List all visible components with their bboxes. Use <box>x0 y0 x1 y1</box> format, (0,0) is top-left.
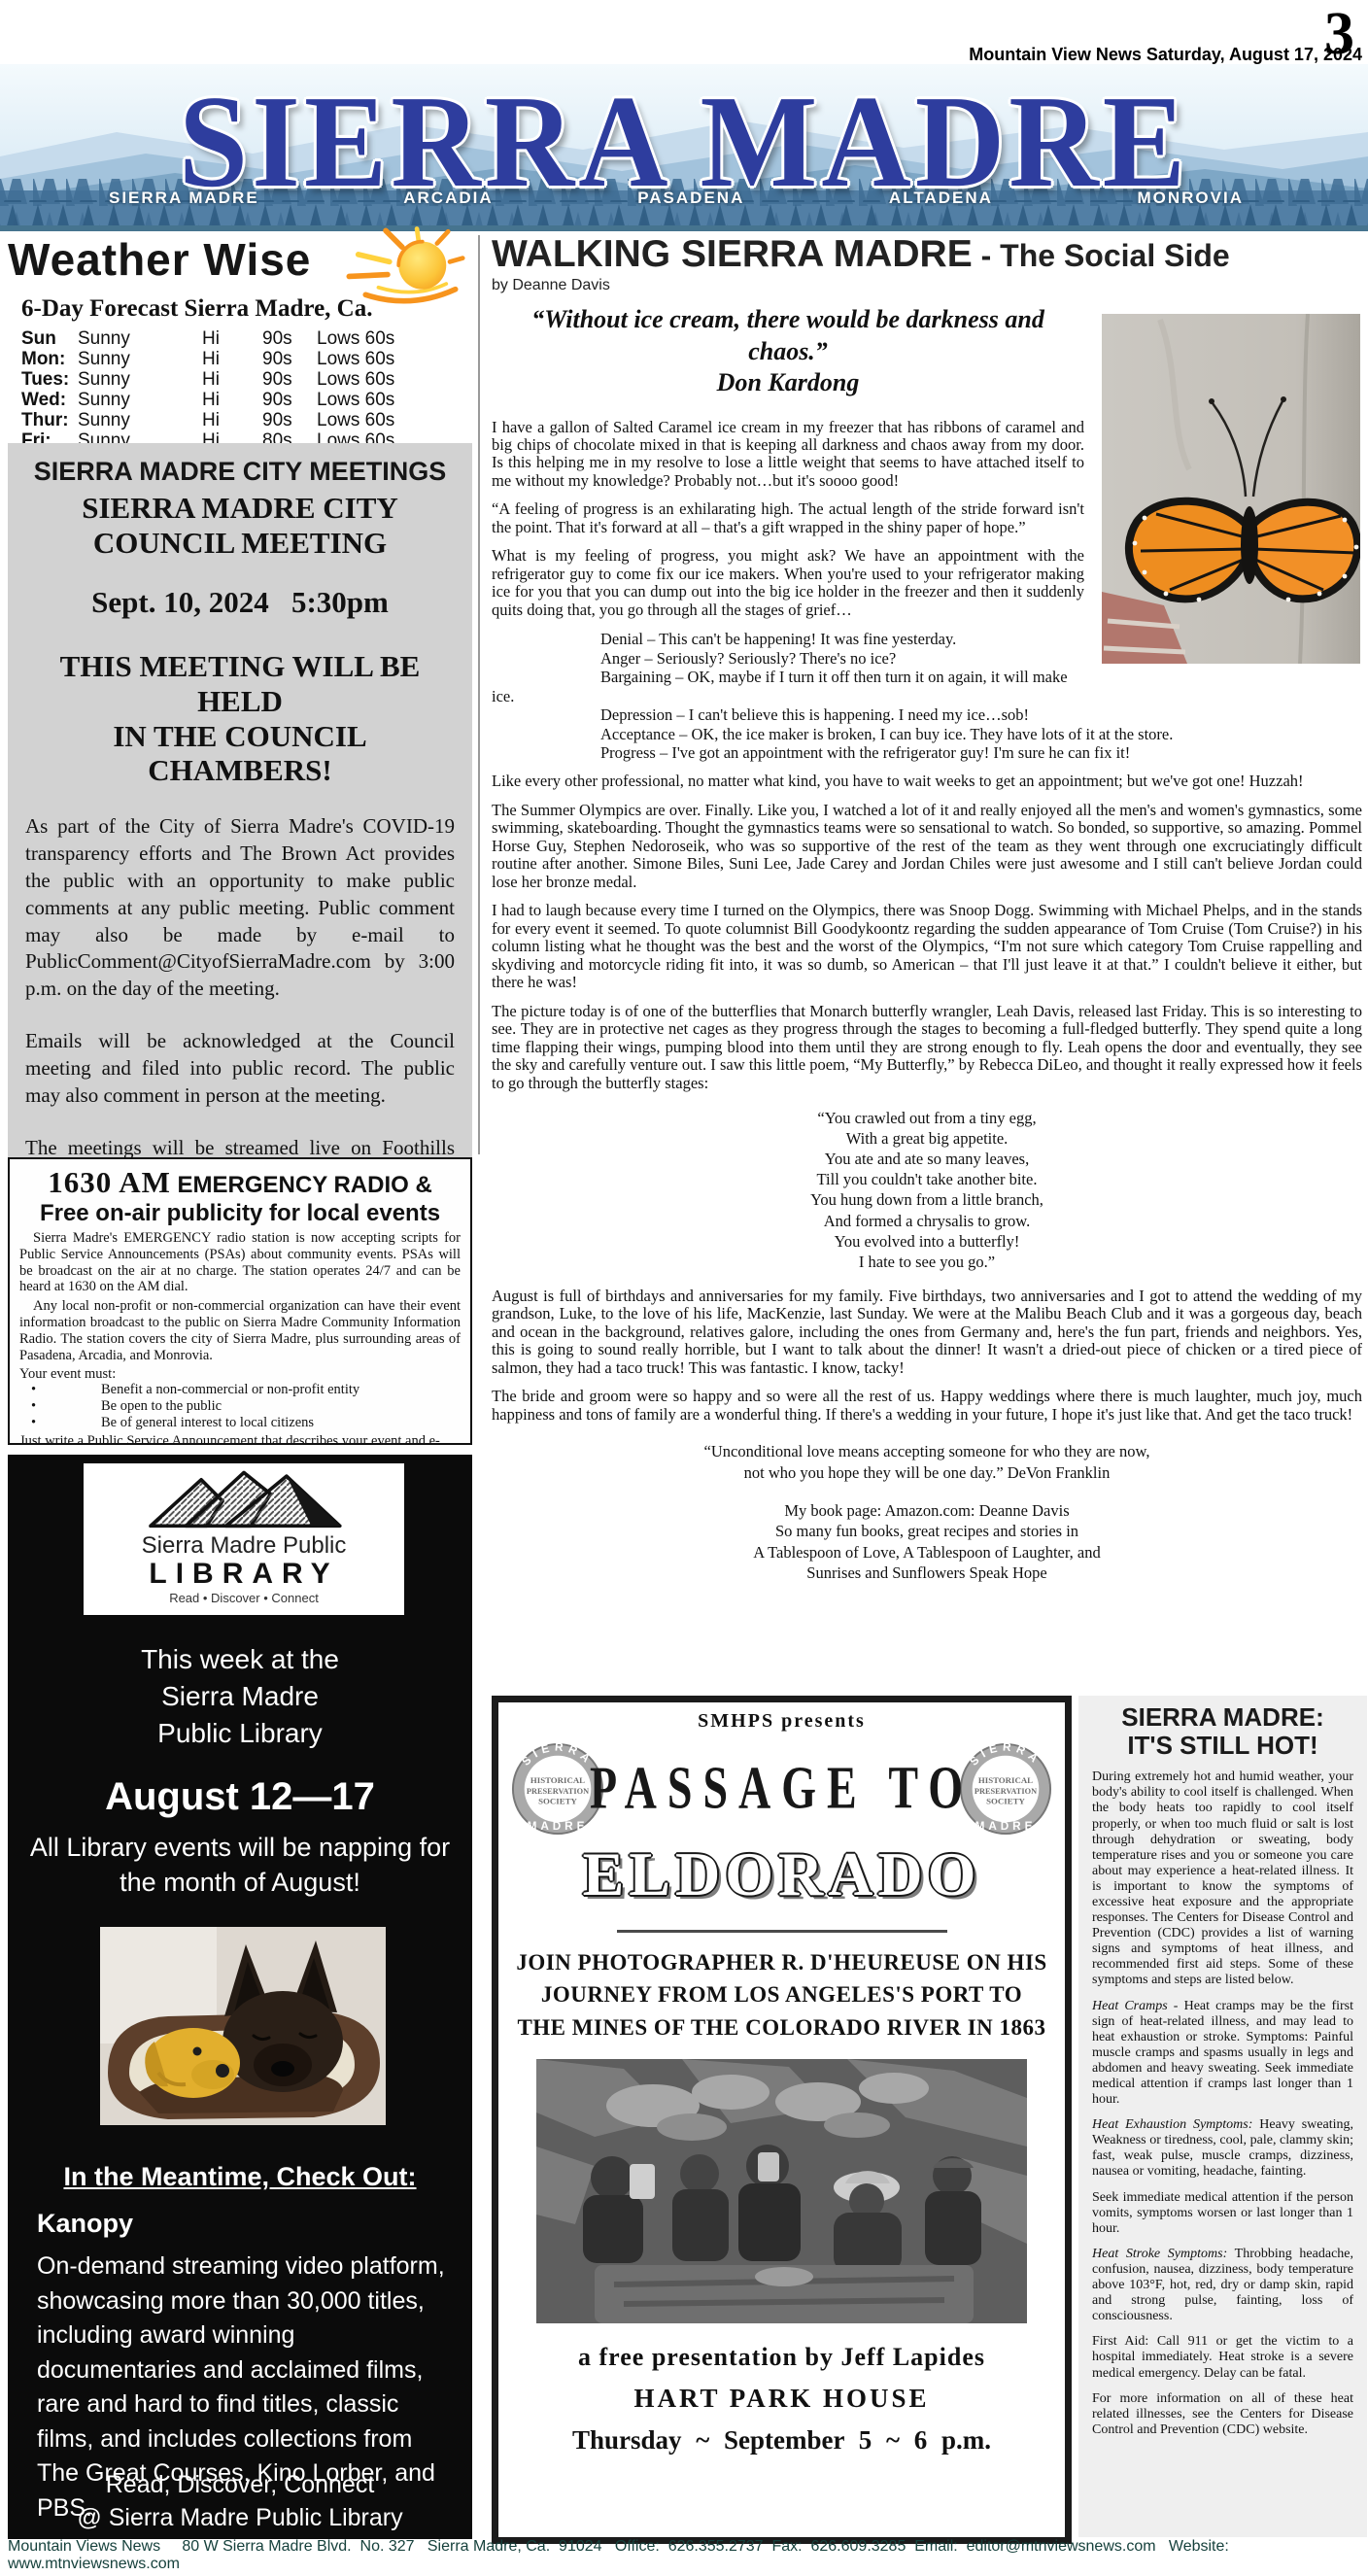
grief-stage-line: ice. <box>492 687 1362 705</box>
book-promo-line: So many fun books, great recipes and sto… <box>492 1521 1362 1541</box>
forecast-row: Tues: Sunny Hi 90s Lows 60s <box>21 369 472 390</box>
radio-requirements-list: Benefit a non-commercial or non-profit e… <box>19 1382 461 1430</box>
heat-paragraphs: During extremely hot and humid weather, … <box>1092 1769 1353 2438</box>
monarch-butterfly-photo <box>1102 314 1360 664</box>
radio-requirement-item: Be open to the public <box>19 1398 461 1415</box>
weather-title: Weather Wise <box>8 234 311 285</box>
forecast-day: Tues: <box>21 369 78 390</box>
heat-paragraph: First Aid: Call 911 or get the victim to… <box>1092 2334 1353 2381</box>
masthead-city-label: ARCADIA <box>403 189 493 208</box>
poem-line: You ate and ate so many leaves, <box>492 1149 1362 1169</box>
forecast-lows: Lows 60s <box>317 410 472 430</box>
grief-stage-line: Bargaining – OK, maybe if I turn it off … <box>492 668 1362 686</box>
masthead-city-label: SIERRA MADRE <box>109 189 259 208</box>
poster-description-line: JOURNEY FROM LOS ANGELES'S PORT TO <box>512 1978 1051 2010</box>
meetings-paragraph: As part of the City of Sierra Madre's CO… <box>25 813 455 1003</box>
date-line: Mountain View News Saturday, August 17, … <box>969 45 1362 65</box>
book-promo-line: My book page: Amazon.com: Deanne Davis <box>492 1500 1362 1521</box>
forecast-condition: Sunny <box>78 410 202 430</box>
forecast-hi-label: Hi <box>202 369 262 390</box>
heat-advisory-column: SIERRA MADRE: IT'S STILL HOT! During ext… <box>1078 1696 1367 2537</box>
meeting-datetime: Sept. 10, 2024 5:30pm <box>25 585 455 620</box>
sun-icon <box>338 225 466 311</box>
forecast-hi-label: Hi <box>202 410 262 430</box>
forecast-row: Mon: Sunny Hi 90s Lows 60s <box>21 349 472 369</box>
forecast-row: Sun Sunny Hi 90s Lows 60s <box>21 328 472 349</box>
radio-paragraph: Sierra Madre's EMERGENCY radio station i… <box>19 1230 461 1295</box>
poster-description: JOIN PHOTOGRAPHER R. D'HEUREUSE ON HISJO… <box>512 1946 1051 2044</box>
book-promo-line: A Tablespoon of Love, A Tablespoon of La… <box>492 1542 1362 1563</box>
column-divider <box>478 235 480 1154</box>
masthead-city-label: MONROVIA <box>1137 189 1244 208</box>
poem-line: And formed a chrysalis to grow. <box>492 1211 1362 1231</box>
library-logo-line2: LIBRARY <box>84 1558 404 1591</box>
masthead-city-label: ALTADENA <box>889 189 993 208</box>
forecast-lows: Lows 60s <box>317 390 472 410</box>
library-logo-line1: Sierra Madre Public <box>84 1532 404 1560</box>
library-logo-tagline: Read • Discover • Connect <box>84 1591 404 1605</box>
forecast-lows: Lows 60s <box>317 369 472 390</box>
meetings-title: SIERRA MADRE CITY MEETINGS <box>25 457 455 487</box>
forecast-day: Thur: <box>21 410 78 430</box>
article-paragraph: August is full of birthdays and annivers… <box>492 1288 1362 1377</box>
forecast-high-temp: 90s <box>262 328 317 349</box>
forecast-day: Mon: <box>21 349 78 369</box>
forecast-condition: Sunny <box>78 349 202 369</box>
library-tagline: Read, Discover, Connect @ Sierra Madre P… <box>8 2469 472 2535</box>
forecast-high-temp: 90s <box>262 349 317 369</box>
radio-closing: Just write a Public Service Announcement… <box>19 1433 461 1445</box>
poster-description-line: JOIN PHOTOGRAPHER R. D'HEUREUSE ON HIS <box>512 1946 1051 1978</box>
library-meantime-heading: In the Meantime, Check Out: <box>8 2162 472 2192</box>
poster-presenter-credit: a free presentation by Jeff Lapides <box>512 2343 1051 2372</box>
weather-section: Weather Wise 6-Day Forecast Sierra Madre… <box>8 233 472 471</box>
radio-title: 1630 AM EMERGENCY RADIO & <box>19 1165 461 1200</box>
meetings-subtitle: SIERRA MADRE CITY COUNCIL MEETING <box>25 491 455 560</box>
poem-line: You evolved into a butterfly! <box>492 1231 1362 1252</box>
poem-line: I hate to see you go.” <box>492 1252 1362 1272</box>
article-body: “Without ice cream, there would be darkn… <box>492 304 1362 1584</box>
walking-sierra-madre-article: WALKING SIERRA MADRE - The Social Side b… <box>492 235 1362 1584</box>
library-announcement: Sierra Madre Public LIBRARY Read • Disco… <box>8 1455 472 2539</box>
heat-paragraph: Heat Exhaustion Symptoms: Heavy sweating… <box>1092 2117 1353 2180</box>
poem-line: Till you couldn't take another bite. <box>492 1169 1362 1189</box>
poem-line: With a great big appetite. <box>492 1128 1362 1149</box>
forecast-row: Thur: Sunny Hi 90s Lows 60s <box>21 410 472 430</box>
poster-divider <box>617 1930 947 1933</box>
heat-title: SIERRA MADRE: IT'S STILL HOT! <box>1092 1703 1353 1760</box>
grief-stage-line: Acceptance – OK, the ice maker is broken… <box>492 725 1362 743</box>
book-promo-lines: My book page: Amazon.com: Deanne DavisSo… <box>492 1500 1362 1584</box>
kanopy-heading: Kanopy <box>37 2209 133 2239</box>
forecast-high-temp: 90s <box>262 390 317 410</box>
article-byline: by Deanne Davis <box>492 277 1362 294</box>
meetings-paragraph: Emails will be acknowledged at the Counc… <box>25 1028 455 1110</box>
forecast-hi-label: Hi <box>202 349 262 369</box>
forecast-row: Wed: Sunny Hi 90s Lows 60s <box>21 390 472 410</box>
masthead: SIERRA MADRE SIERRA MADREARCADIAPASADENA… <box>0 64 1368 231</box>
heat-paragraph: Heat Stroke Symptoms: Throbbing headache… <box>1092 2247 1353 2324</box>
poster-description-line: THE MINES OF THE COLORADO RIVER IN 1863 <box>512 2011 1051 2044</box>
library-mountains-icon <box>134 1467 354 1529</box>
grief-stage-line: Depression – I can't believe this is hap… <box>492 705 1362 724</box>
forecast-hi-label: Hi <box>202 390 262 410</box>
footer-contact-line: Mountain Views News 80 W Sierra Madre Bl… <box>8 2538 1364 2573</box>
heat-paragraph: Heat Cramps - Heat cramps may be the fir… <box>1092 1999 1353 2109</box>
article-paragraphs-2: Like every other professional, no matter… <box>492 773 1362 1092</box>
article-paragraph: Like every other professional, no matter… <box>492 773 1362 790</box>
article-paragraphs-3: August is full of birthdays and annivers… <box>492 1288 1362 1424</box>
closing-quote: “Unconditional love means accepting some… <box>492 1441 1362 1483</box>
poem-line: “You crawled out from a tiny egg, <box>492 1108 1362 1128</box>
meeting-location-notice: THIS MEETING WILL BE HELD IN THE COUNCIL… <box>25 649 455 788</box>
forecast-hi-label: Hi <box>202 328 262 349</box>
emergency-radio-notice: 1630 AM EMERGENCY RADIO & Free on-air pu… <box>8 1157 472 1445</box>
poster-title-line2: ELDORADO <box>512 1838 1051 1910</box>
forecast-table: Sun Sunny Hi 90s Lows 60s Mon: Sunny Hi … <box>21 328 472 451</box>
radio-paragraph: Any local non-profit or non-commercial o… <box>19 1298 461 1363</box>
radio-requirement-item: Be of general interest to local citizens <box>19 1415 461 1431</box>
grief-stage-line: Progress – I've got an appointment with … <box>492 743 1362 762</box>
sleeping-dog-photo <box>100 1927 386 2125</box>
heat-paragraph: During extremely hot and humid weather, … <box>1092 1769 1353 1988</box>
newspaper-page: 3 Mountain View News Saturday, August 17… <box>0 0 1368 2576</box>
radio-requirement-item: Benefit a non-commercial or non-profit e… <box>19 1382 461 1398</box>
miners-photo <box>536 2059 1027 2323</box>
forecast-day: Sun <box>21 328 78 349</box>
article-paragraph: The picture today is of one of the butte… <box>492 1003 1362 1092</box>
radio-frequency: 1630 AM <box>48 1165 171 1199</box>
library-week-heading: This week at theSierra MadrePublic Libra… <box>8 1641 472 1751</box>
library-napping-note: All Library events will be napping for t… <box>8 1830 472 1901</box>
library-logo: Sierra Madre Public LIBRARY Read • Disco… <box>84 1463 404 1615</box>
forecast-lows: Lows 60s <box>317 328 472 349</box>
masthead-cities: SIERRA MADREARCADIAPASADENAALTADENAMONRO… <box>0 189 1368 208</box>
radio-subtitle: Free on-air publicity for local events <box>19 1200 461 1227</box>
library-dates: August 12—17 <box>8 1775 472 1819</box>
eldorado-event-poster: SMHPS presents SIERRA MADRE HISTORICAL P… <box>492 1696 1072 2544</box>
radio-requirements-label: Your event must: <box>19 1366 461 1383</box>
butterfly-poem: “You crawled out from a tiny egg,With a … <box>492 1108 1362 1272</box>
heat-paragraph: Seek immediate medical attention if the … <box>1092 2190 1353 2237</box>
article-title: WALKING SIERRA MADRE - The Social Side <box>492 235 1362 273</box>
masthead-city-label: PASADENA <box>637 189 744 208</box>
forecast-high-temp: 90s <box>262 410 317 430</box>
forecast-condition: Sunny <box>78 328 202 349</box>
book-promo-line: Sunrises and Sunflowers Speak Hope <box>492 1563 1362 1583</box>
forecast-day: Wed: <box>21 390 78 410</box>
article-paragraph: The bride and groom were so happy and so… <box>492 1388 1362 1424</box>
forecast-condition: Sunny <box>78 369 202 390</box>
poster-title-line1: PASSAGE TO <box>512 1753 1051 1823</box>
poster-venue: HART PARK HOUSE <box>512 2384 1051 2414</box>
forecast-lows: Lows 60s <box>317 349 472 369</box>
poster-presenter: SMHPS presents <box>512 1710 1051 1733</box>
article-paragraph: I had to laugh because every time I turn… <box>492 902 1362 991</box>
forecast-condition: Sunny <box>78 390 202 410</box>
heat-paragraph: For more information on all of these hea… <box>1092 2391 1353 2438</box>
article-paragraph: The Summer Olympics are over. Finally. L… <box>492 802 1362 891</box>
forecast-high-temp: 90s <box>262 369 317 390</box>
city-meetings-notice: SIERRA MADRE CITY MEETINGS SIERRA MADRE … <box>8 443 472 1261</box>
poem-line: You hung down from a little branch, <box>492 1189 1362 1210</box>
poster-datetime: Thursday ~ September 5 ~ 6 p.m. <box>512 2425 1051 2456</box>
